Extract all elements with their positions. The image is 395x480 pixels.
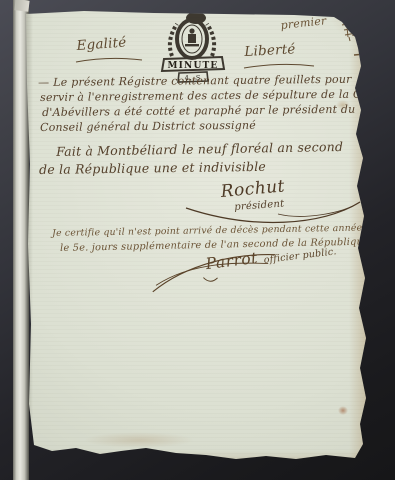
manuscript-line: Fait à Montbéliard le neuf floréal an se… (56, 139, 343, 159)
binding-strip-tip (14, 0, 29, 12)
manuscript-line-text: Le présent Régistre contenant quatre feu… (53, 73, 351, 89)
motto-egalite: Egalité (76, 35, 127, 54)
stain (84, 432, 194, 448)
scanned-document-photo: MINUTE 4. S Egalité Liberté premier —Le … (0, 0, 395, 480)
manuscript-line: —Le présent Régistre contenant quatre fe… (38, 73, 352, 89)
binding-strip (13, 0, 29, 480)
pen-dash (352, 52, 368, 58)
document-page: MINUTE 4. S Egalité Liberté premier —Le … (24, 4, 369, 466)
opening-dash: — (38, 76, 49, 89)
folio-paraph (338, 14, 362, 42)
manuscript-line: Conseil général du District soussigné (40, 119, 256, 134)
torn-edge-tint-bottom (24, 450, 369, 466)
manuscript-line: de la République une et indivisible (39, 159, 266, 177)
stamp-graphic: MINUTE 4. S (152, 10, 234, 84)
manuscript-line: servir à l'enregistrement des actes de s… (40, 87, 395, 104)
seated-figure (185, 28, 199, 46)
manuscript-line: d'Abévillers a été cotté et paraphé par … (42, 103, 355, 119)
stain (338, 406, 348, 415)
stamp-word: MINUTE (167, 61, 218, 71)
egalite-underline-flourish (74, 56, 144, 64)
minute-revenue-stamp: MINUTE 4. S (152, 10, 234, 84)
motto-liberte: Liberté (244, 41, 296, 60)
liberte-underline-flourish (242, 62, 316, 70)
